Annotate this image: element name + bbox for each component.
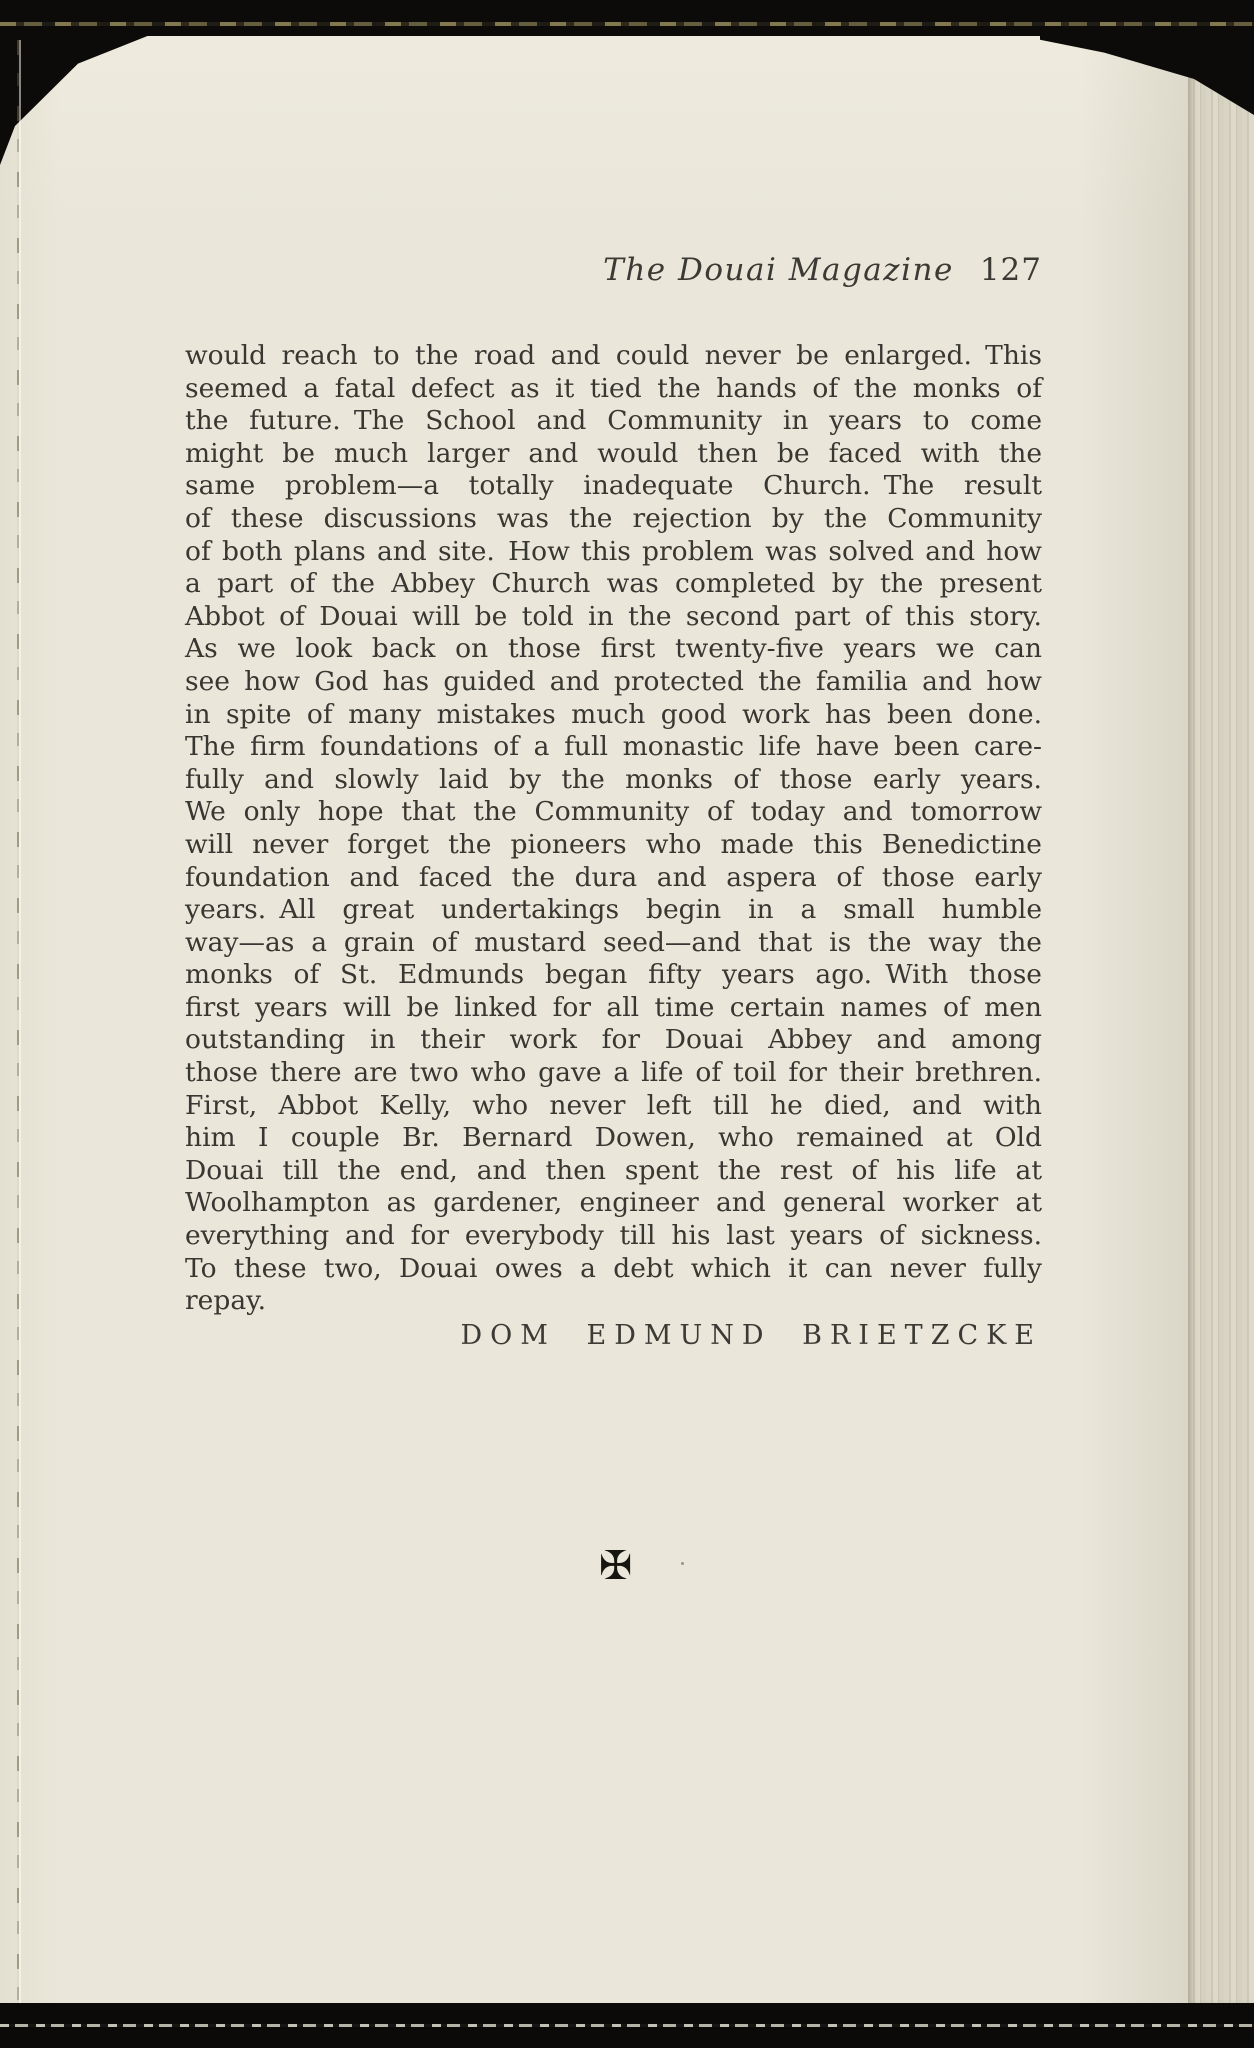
body-text-line: As we look back on those first twenty-fi…: [185, 633, 1042, 666]
body-text-line: see how God has guided and protected the…: [185, 666, 1042, 699]
body-text-line: him I couple Br. Bernard Dowen, who rema…: [185, 1122, 1042, 1155]
author-signature: DOM EDMUND BRIETZCKE: [461, 1320, 1042, 1351]
body-text-line: Woolhampton as gardener, engineer and ge…: [185, 1187, 1042, 1220]
paper-speck: [681, 1562, 684, 1565]
body-text-line: To these two, Douai owes a debt which it…: [185, 1253, 1042, 1286]
body-text-line: would reach to the road and could never …: [185, 340, 1042, 373]
body-text-line: We only hope that the Community of today…: [185, 796, 1042, 829]
page-number: 127: [980, 252, 1042, 288]
body-text-line: of both plans and site. How this problem…: [185, 536, 1042, 569]
body-text-line: of these discussions was the rejection b…: [185, 503, 1042, 536]
body-text-line: monks of St. Edmunds began fifty years a…: [185, 959, 1042, 992]
body-text-line: everything and for everybody till his la…: [185, 1220, 1042, 1253]
body-text-line: first years will be linked for all time …: [185, 992, 1042, 1025]
body-text-line: Douai till the end, and then spent the r…: [185, 1155, 1042, 1188]
body-text-line: way—as a grain of mustard seed—and that …: [185, 927, 1042, 960]
body-text-line: in spite of many mistakes much good work…: [185, 699, 1042, 732]
stacked-page-edges: [1188, 36, 1254, 2004]
gutter-highlight: [19, 40, 21, 2003]
body-text-line: foundation and faced the dura and aspera…: [185, 862, 1042, 895]
body-text-line: might be much larger and would then be f…: [185, 438, 1042, 471]
body-text-line: same problem—a totally inadequate Church…: [185, 470, 1042, 503]
body-text-line: years. All great undertakings begin in a…: [185, 894, 1042, 927]
body-text-line: fully and slowly laid by the monks of th…: [185, 764, 1042, 797]
binding-stitch-line: [0, 2024, 1254, 2027]
body-text-line: Abbot of Douai will be told in the secon…: [185, 601, 1042, 634]
body-text-line: outstanding in their work for Douai Abbe…: [185, 1024, 1042, 1057]
running-head: The Douai Magazine127: [603, 252, 1042, 288]
body-text: would reach to the road and could never …: [185, 340, 1042, 1318]
body-text-line: repay.: [185, 1285, 1042, 1318]
book-cover-gilt-edge: [0, 22, 1254, 26]
body-text-line: the future. The School and Community in …: [185, 405, 1042, 438]
body-text-line: First, Abbot Kelly, who never left till …: [185, 1090, 1042, 1123]
body-text-line: a part of the Abbey Church was completed…: [185, 568, 1042, 601]
body-text-line: those there are two who gave a life of t…: [185, 1057, 1042, 1090]
scanner-band-top: [0, 0, 1254, 36]
magazine-title: The Douai Magazine: [603, 252, 954, 288]
maltese-cross-icon: ✠: [599, 1546, 633, 1586]
body-text-line: The firm foundations of a full monastic …: [185, 731, 1042, 764]
body-text-line: seemed a fatal defect as it tied the han…: [185, 373, 1042, 406]
scanned-book-page: The Douai Magazine127 would reach to the…: [0, 0, 1254, 2048]
body-text-line: will never forget the pioneers who made …: [185, 829, 1042, 862]
